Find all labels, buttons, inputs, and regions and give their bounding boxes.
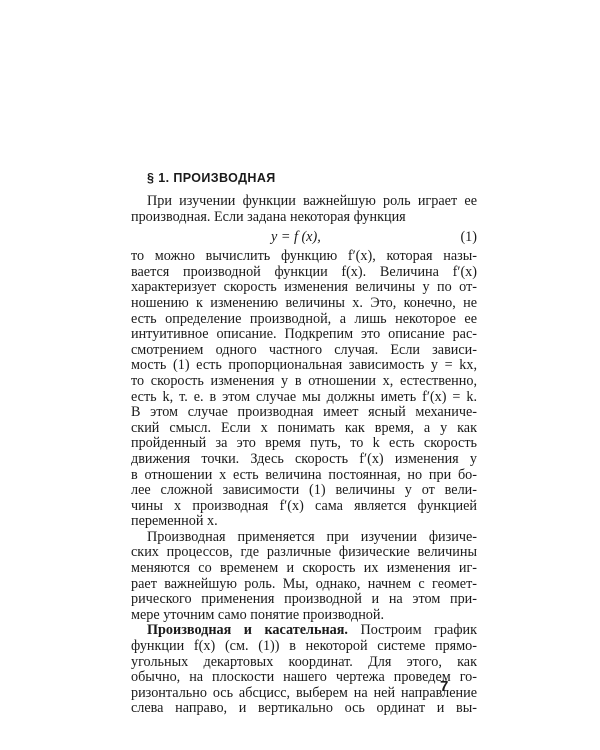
text-line: ский смысл. Если x понимать как время, а… [131, 421, 477, 437]
text-line: ношению к изменению величины x. Это, кон… [131, 296, 477, 312]
paragraph-derivative-and-tangent: Производная и касательная. Построим граф… [131, 623, 477, 717]
text-line: есть k, т. е. в этом случае мы должны им… [131, 390, 477, 406]
text-line: в отношении x есть величина постоянная, … [131, 468, 477, 484]
paragraph-intro: При изучении функции важнейшую роль игра… [131, 194, 477, 225]
text-line: чины x производная f′(x) сама является ф… [131, 499, 477, 515]
text-line: движения точки. Здесь скорость f′(x) изм… [131, 452, 477, 468]
book-page: § 1. ПРОИЗВОДНАЯ При изучении функции ва… [131, 170, 477, 717]
text-line: мость (1) есть пропорциональная зависимо… [131, 358, 477, 374]
text-line: ских процессов, где различные физические… [131, 545, 477, 561]
run-in-heading: Производная и касательная. [147, 622, 348, 638]
text-line: есть определение производной, а лишь нек… [131, 312, 477, 328]
text-line: слева направо, и вертикально ось ординат… [131, 701, 477, 717]
text-line: угольных декартовых координат. Для этого… [131, 655, 477, 671]
section-heading: § 1. ПРОИЗВОДНАЯ [131, 170, 477, 186]
text-line: интуитивное описание. Подкрепим это опис… [131, 327, 477, 343]
text-line: При изучении функции важнейшую роль игра… [131, 194, 477, 210]
text-line: пройденный за это время путь, то k есть … [131, 436, 477, 452]
text-line: Производная и касательная. Построим граф… [131, 623, 477, 639]
paragraph-derivative-definition: то можно вычислить функцию f′(x), котора… [131, 249, 477, 530]
text-line: В этом случае производная имеет ясный ме… [131, 405, 477, 421]
text-line: ризонтально ось абсцисс, выберем на ней … [131, 686, 477, 702]
text-line: обычно, на плоскости нашего чертежа пров… [131, 670, 477, 686]
equation-1: y = f (x), (1) [131, 226, 477, 248]
text-line: смотрением одного частного случая. Если … [131, 343, 477, 359]
text-line: рического применения производной и на эт… [131, 592, 477, 608]
text-line: производная. Если задана некоторая функц… [131, 210, 477, 226]
text-line: лее сложной зависимости (1) величины y о… [131, 483, 477, 499]
text-line: рает важнейшую роль. Мы, однако, начнем … [131, 577, 477, 593]
text-line: меняются со временем и скорость их измен… [131, 561, 477, 577]
page-number: 7 [440, 678, 448, 695]
text-line: то можно вычислить функцию f′(x), котора… [131, 249, 477, 265]
text-line: функции f(x) (см. (1)) в некоторой систе… [131, 639, 477, 655]
text-line: то скорость изменения y в отношении x, е… [131, 374, 477, 390]
text-run: Построим график [360, 622, 477, 638]
paragraph-physical-applications: Производная применяется при изучении физ… [131, 530, 477, 624]
text-line: переменной x. [131, 514, 477, 530]
text-line: вается производной функции f(x). Величин… [131, 265, 477, 281]
equation-number: (1) [460, 226, 477, 248]
text-line: Производная применяется при изучении физ… [131, 530, 477, 546]
text-line: мере уточним само понятие производной. [131, 608, 477, 624]
text-line: характеризует скорость изменения величин… [131, 280, 477, 296]
equation-formula: y = f (x), [271, 226, 321, 248]
